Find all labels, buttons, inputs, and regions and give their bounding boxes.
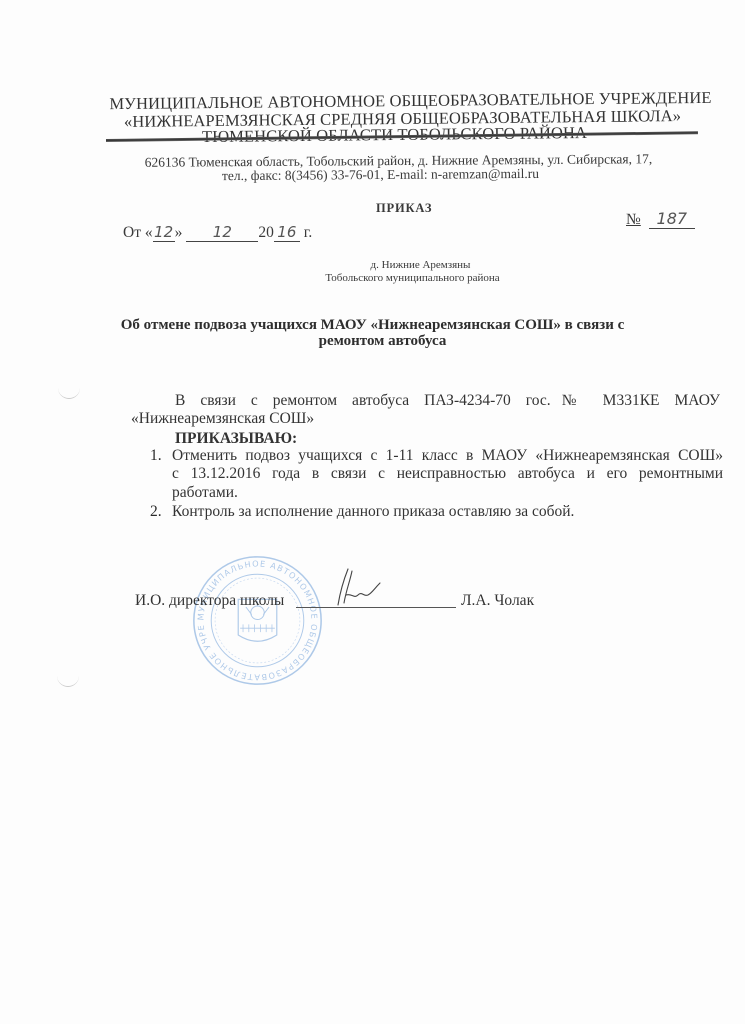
signatory-position: И.О. директора школы — [135, 592, 284, 610]
orders-heading: ПРИКАЗЫВАЮ: — [175, 430, 297, 448]
preamble-line1: В связи с ремонтом автобуса ПАЗ-4234-70 … — [175, 392, 720, 410]
punch-hole-mark — [57, 672, 79, 687]
handwritten-day: 12 — [153, 225, 175, 242]
place-line2: Тобольского муниципального района — [40, 272, 745, 284]
item-1-line3: работами. — [172, 484, 238, 502]
handwritten-month: 12 — [186, 225, 258, 242]
year-prefix: 20 — [258, 224, 274, 241]
item-1-line1: Отменить подвоз учащихся с 1-11 класс в … — [172, 447, 723, 465]
subject-line1: Об отмене подвоза учащихся МАОУ «Нижнеар… — [0, 317, 745, 334]
signatory-name: Л.А. Чолак — [461, 592, 534, 610]
place-line1: д. Нижние Аремзяны — [48, 259, 745, 271]
handwritten-signature — [330, 565, 385, 610]
preamble-line2: «Нижнеаремзянская СОШ» — [131, 410, 314, 428]
document-title: ПРИКАЗ — [376, 201, 432, 216]
subject-line2: ремонтом автобуса — [10, 333, 745, 350]
item-2-number: 2. — [150, 503, 162, 521]
handwritten-number: 187 — [649, 211, 695, 229]
official-stamp: МУНИЦИПАЛЬНОЕ АВТОНОМНОЕ ОБЩЕОБРАЗОВАТЕЛ… — [190, 553, 325, 688]
item-1-line2: с 13.12.2016 года в связи с неисправност… — [172, 465, 723, 483]
year-suffix: г. — [300, 224, 312, 241]
date-prefix: От « — [123, 224, 153, 241]
order-date: От «12»122016 г. — [123, 224, 312, 242]
item-1-number: 1. — [150, 447, 162, 465]
punch-hole-mark — [58, 384, 80, 399]
handwritten-year: 16 — [274, 225, 300, 242]
number-sign: № — [626, 211, 641, 228]
date-day-suffix: » — [175, 224, 183, 241]
item-2-line1: Контроль за исполнение данного приказа о… — [172, 503, 574, 521]
order-number: №187 — [626, 211, 695, 229]
